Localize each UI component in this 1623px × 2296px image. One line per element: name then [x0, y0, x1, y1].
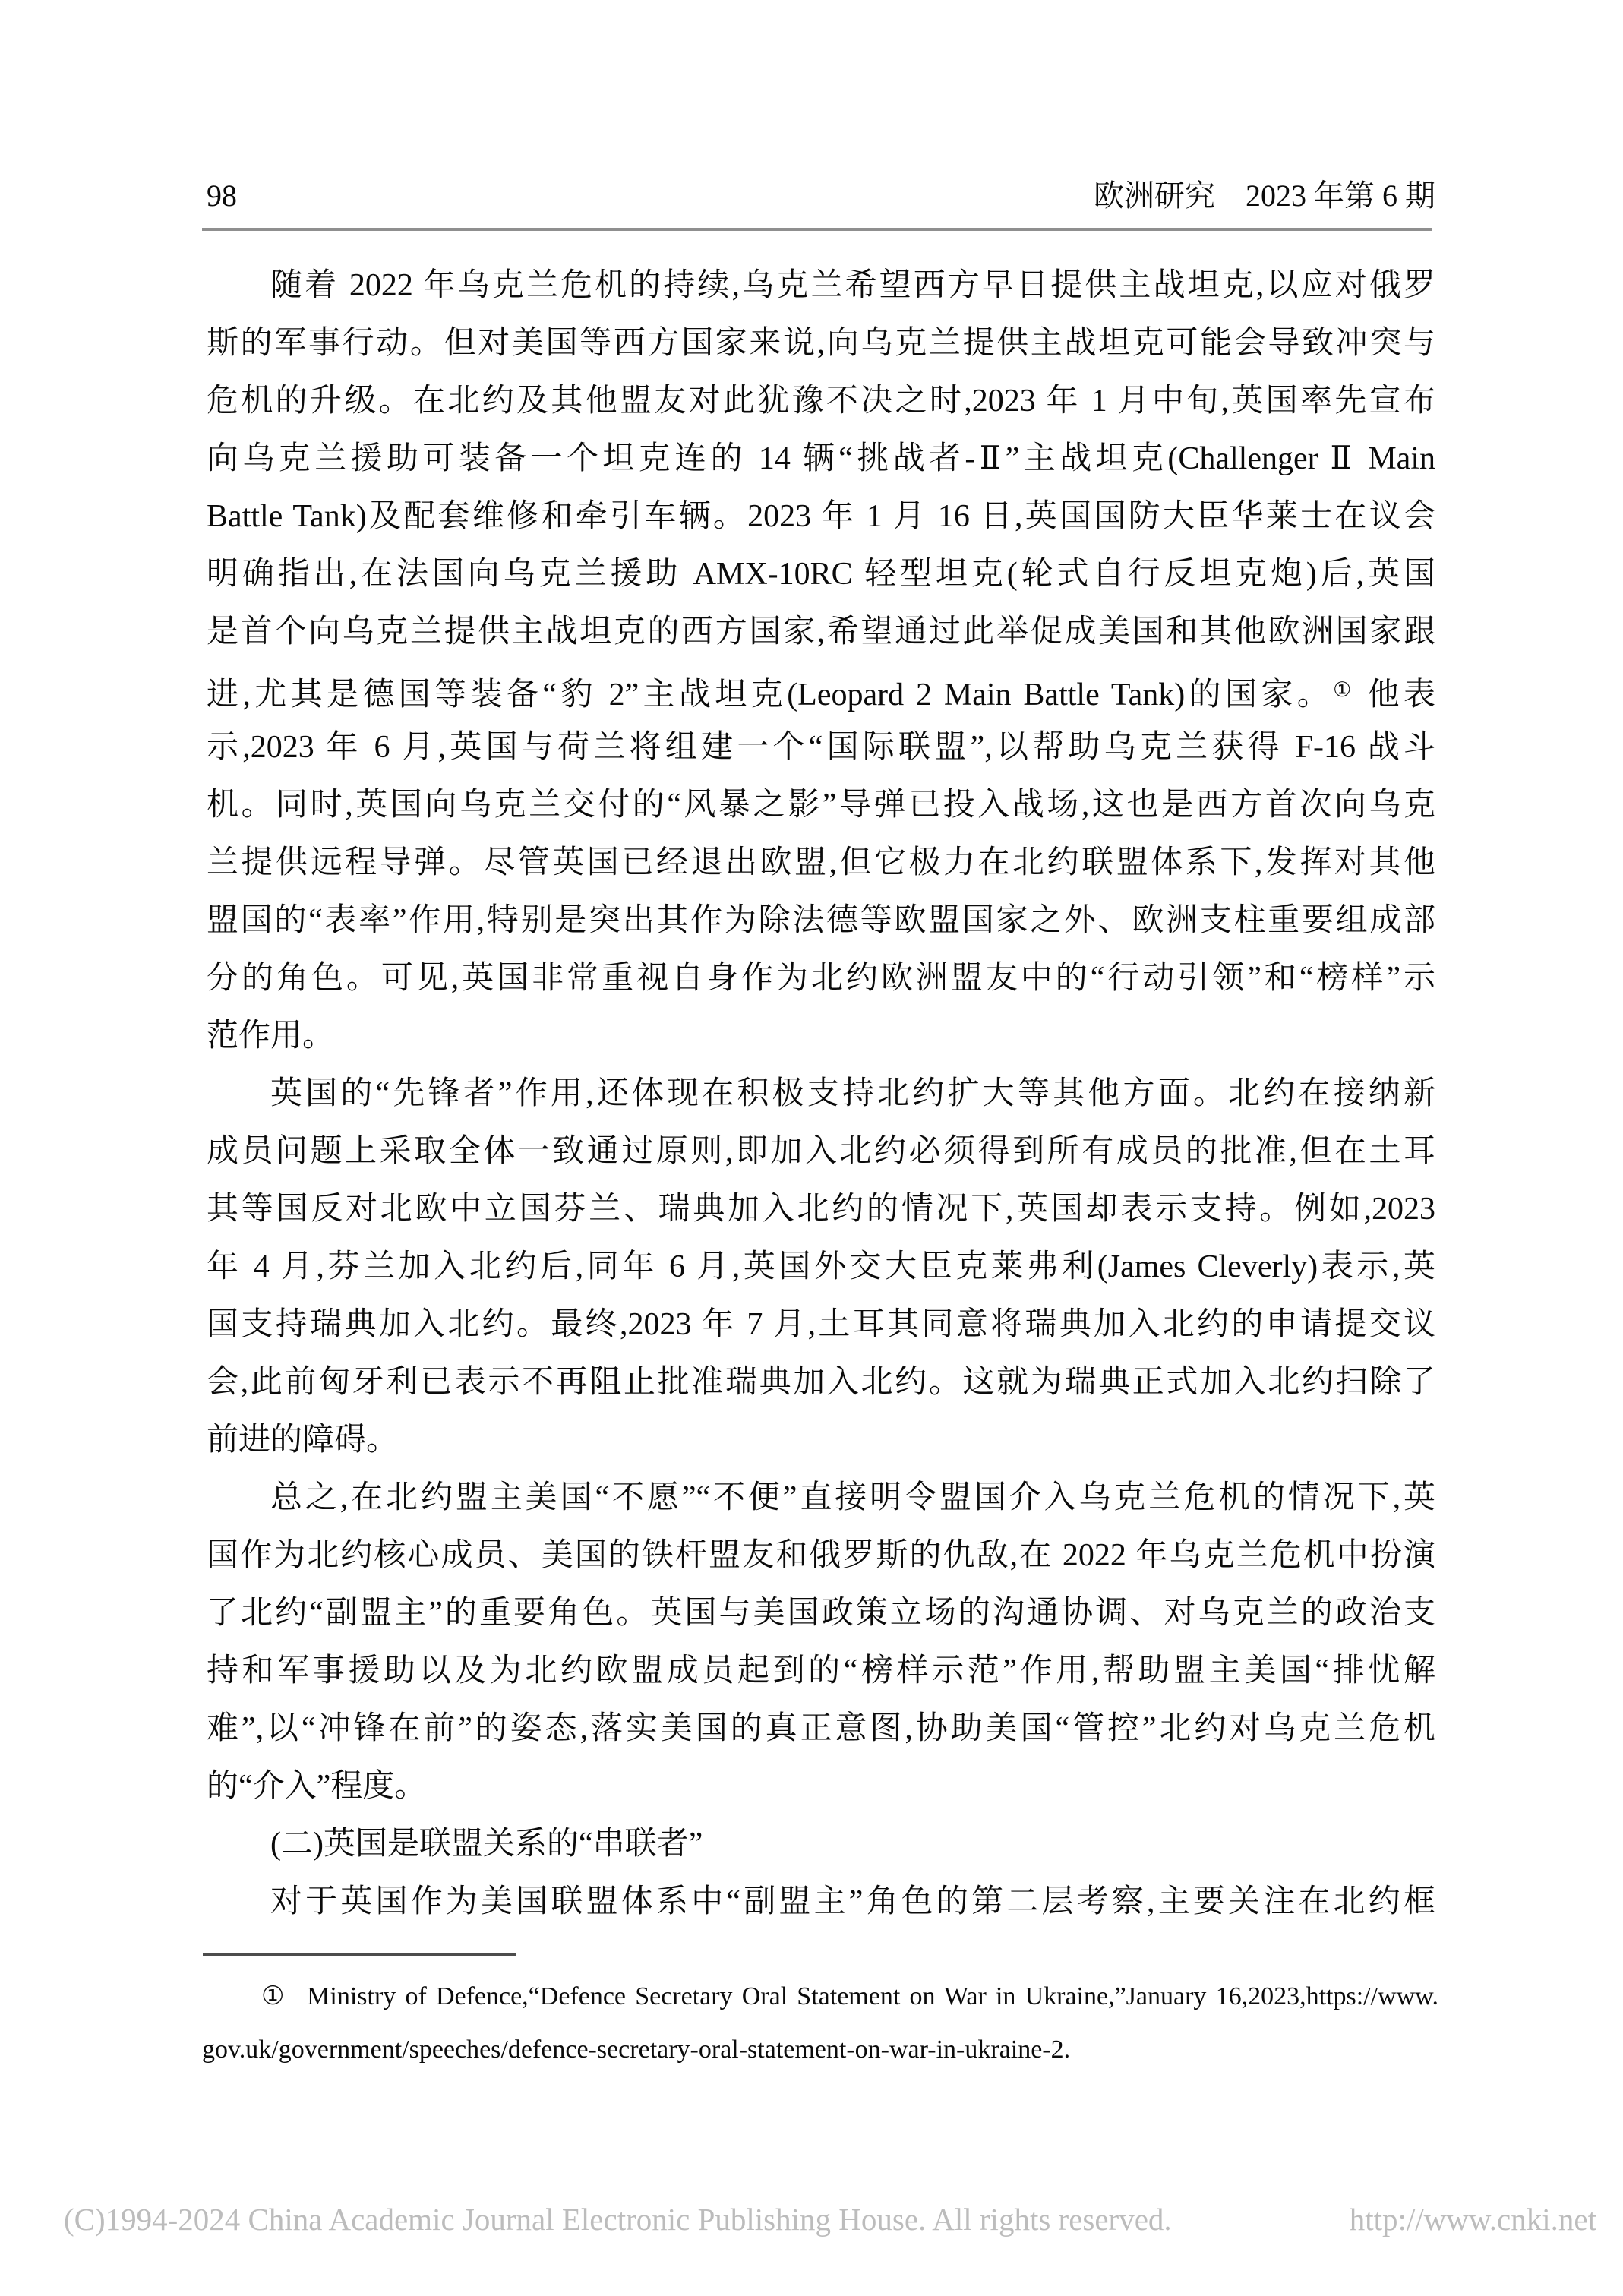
cnki-url: http://www.cnki.net — [1350, 2200, 1596, 2239]
body-line: 随着 2022 年乌克兰危机的持续,乌克兰希望西方早日提供主战坦克,以应对俄罗 — [207, 257, 1435, 314]
body-line: 危机的升级。在北约及其他盟友对此犹豫不决之时,2023 年 1 月中旬,英国率先… — [207, 372, 1435, 430]
body-line: 对于英国作为美国联盟体系中“副盟主”角色的第二层考察,主要关注在北约框 — [207, 1873, 1435, 1931]
footnote-ref-superscript: ① — [1333, 678, 1356, 701]
body-line-text: 进,尤其是德国等装备“豹 2”主战坦克(Leopard 2 Main Battl… — [207, 677, 1333, 712]
body-line: 国作为北约核心成员、美国的铁杆盟友和俄罗斯的仇敌,在 2022 年乌克兰危机中扮… — [207, 1527, 1435, 1584]
cnki-watermark: (C)1994-2024 China Academic Journal Elec… — [64, 2200, 1596, 2239]
footnote-text: Ministry of Defence,“Defence Secretary O… — [307, 1982, 1438, 2010]
body-line: 总之,在北约盟主美国“不愿”“不便”直接明令盟国介入乌克兰危机的情况下,英 — [207, 1469, 1435, 1527]
body-line: 国支持瑞典加入北约。最终,2023 年 7 月,土耳其同意将瑞典加入北约的申请提… — [207, 1296, 1435, 1353]
body-line: 兰提供远程导弹。尽管英国已经退出欧盟,但它极力在北约联盟体系下,发挥对其他 — [207, 834, 1435, 892]
body-line: 难”,以“冲锋在前”的姿态,落实美国的真正意图,协助美国“管控”北约对乌克兰危机 — [207, 1700, 1435, 1758]
body-line: 年 4 月,芬兰加入北约后,同年 6 月,英国外交大臣克莱弗利(James Cl… — [207, 1238, 1435, 1296]
body-line: 明确指出,在法国向乌克兰援助 AMX-10RC 轻型坦克(轮式自行反坦克炮)后,… — [207, 545, 1435, 603]
body-line: 前进的障碍。 — [207, 1411, 1435, 1469]
body-line: 进,尤其是德国等装备“豹 2”主战坦克(Leopard 2 Main Battl… — [207, 661, 1435, 718]
body-line: 机。同时,英国向乌克兰交付的“风暴之影”导弹已投入战场,这也是西方首次向乌克 — [207, 776, 1435, 834]
body-line: 英国的“先锋者”作用,还体现在积极支持北约扩大等其他方面。北约在接纳新 — [207, 1065, 1435, 1123]
body-line-text: 他表 — [1356, 677, 1435, 712]
page-header: 98 欧洲研究 2023 年第 6 期 — [207, 178, 1435, 214]
body-line: 分的角色。可见,英国非常重视自身作为北约欧洲盟友中的“行动引领”和“榜样”示 — [207, 949, 1435, 1007]
footnote-line: gov.uk/government/speeches/defence-secre… — [202, 2023, 1438, 2077]
body-line: 示,2023 年 6 月,英国与荷兰将组建一个“国际联盟”,以帮助乌克兰获得 F… — [207, 718, 1435, 776]
body-line: 了北约“副盟主”的重要角色。英国与美国政策立场的沟通协调、对乌克兰的政治支 — [207, 1584, 1435, 1642]
page-number: 98 — [207, 178, 237, 214]
body-line: 的“介入”程度。 — [207, 1758, 1435, 1815]
body-line: 成员问题上采取全体一致通过原则,即加入北约必须得到所有成员的批准,但在土耳 — [207, 1123, 1435, 1180]
body-line: Battle Tank)及配套维修和牵引车辆。2023 年 1 月 16 日,英… — [207, 488, 1435, 545]
copyright-text: (C)1994-2024 China Academic Journal Elec… — [64, 2200, 1172, 2239]
body-line: 其等国反对北欧中立国芬兰、瑞典加入北约的情况下,英国却表示支持。例如,2023 — [207, 1180, 1435, 1238]
body-line: 范作用。 — [207, 1007, 1435, 1065]
body-line: 是首个向乌克兰提供主战坦克的西方国家,希望通过此举促成美国和其他欧洲国家跟 — [207, 603, 1435, 661]
journal-issue: 欧洲研究 2023 年第 6 期 — [1094, 178, 1435, 214]
footnote-line: ①Ministry of Defence,“Defence Secretary … — [202, 1970, 1438, 2023]
section-subheading: (二)英国是联盟关系的“串联者” — [207, 1815, 1435, 1873]
header-rule — [202, 228, 1432, 231]
article-body: 随着 2022 年乌克兰危机的持续,乌克兰希望西方早日提供主战坦克,以应对俄罗 … — [207, 257, 1435, 1931]
body-line: 会,此前匈牙利已表示不再阻止批准瑞典加入北约。这就为瑞典正式加入北约扫除了 — [207, 1353, 1435, 1411]
body-line: 向乌克兰援助可装备一个坦克连的 14 辆“挑战者-Ⅱ”主战坦克(Challeng… — [207, 430, 1435, 488]
footnote-separator — [203, 1953, 516, 1956]
footnote-marker: ① — [261, 1982, 287, 2010]
body-line: 盟国的“表率”作用,特别是突出其作为除法德等欧盟国家之外、欧洲支柱重要组成部 — [207, 892, 1435, 949]
body-line: 斯的军事行动。但对美国等西方国家来说,向乌克兰提供主战坦克可能会导致冲突与 — [207, 314, 1435, 372]
body-line: 持和军事援助以及为北约欧盟成员起到的“榜样示范”作用,帮助盟主美国“排忧解 — [207, 1642, 1435, 1700]
footnote: ①Ministry of Defence,“Defence Secretary … — [202, 1970, 1438, 2077]
